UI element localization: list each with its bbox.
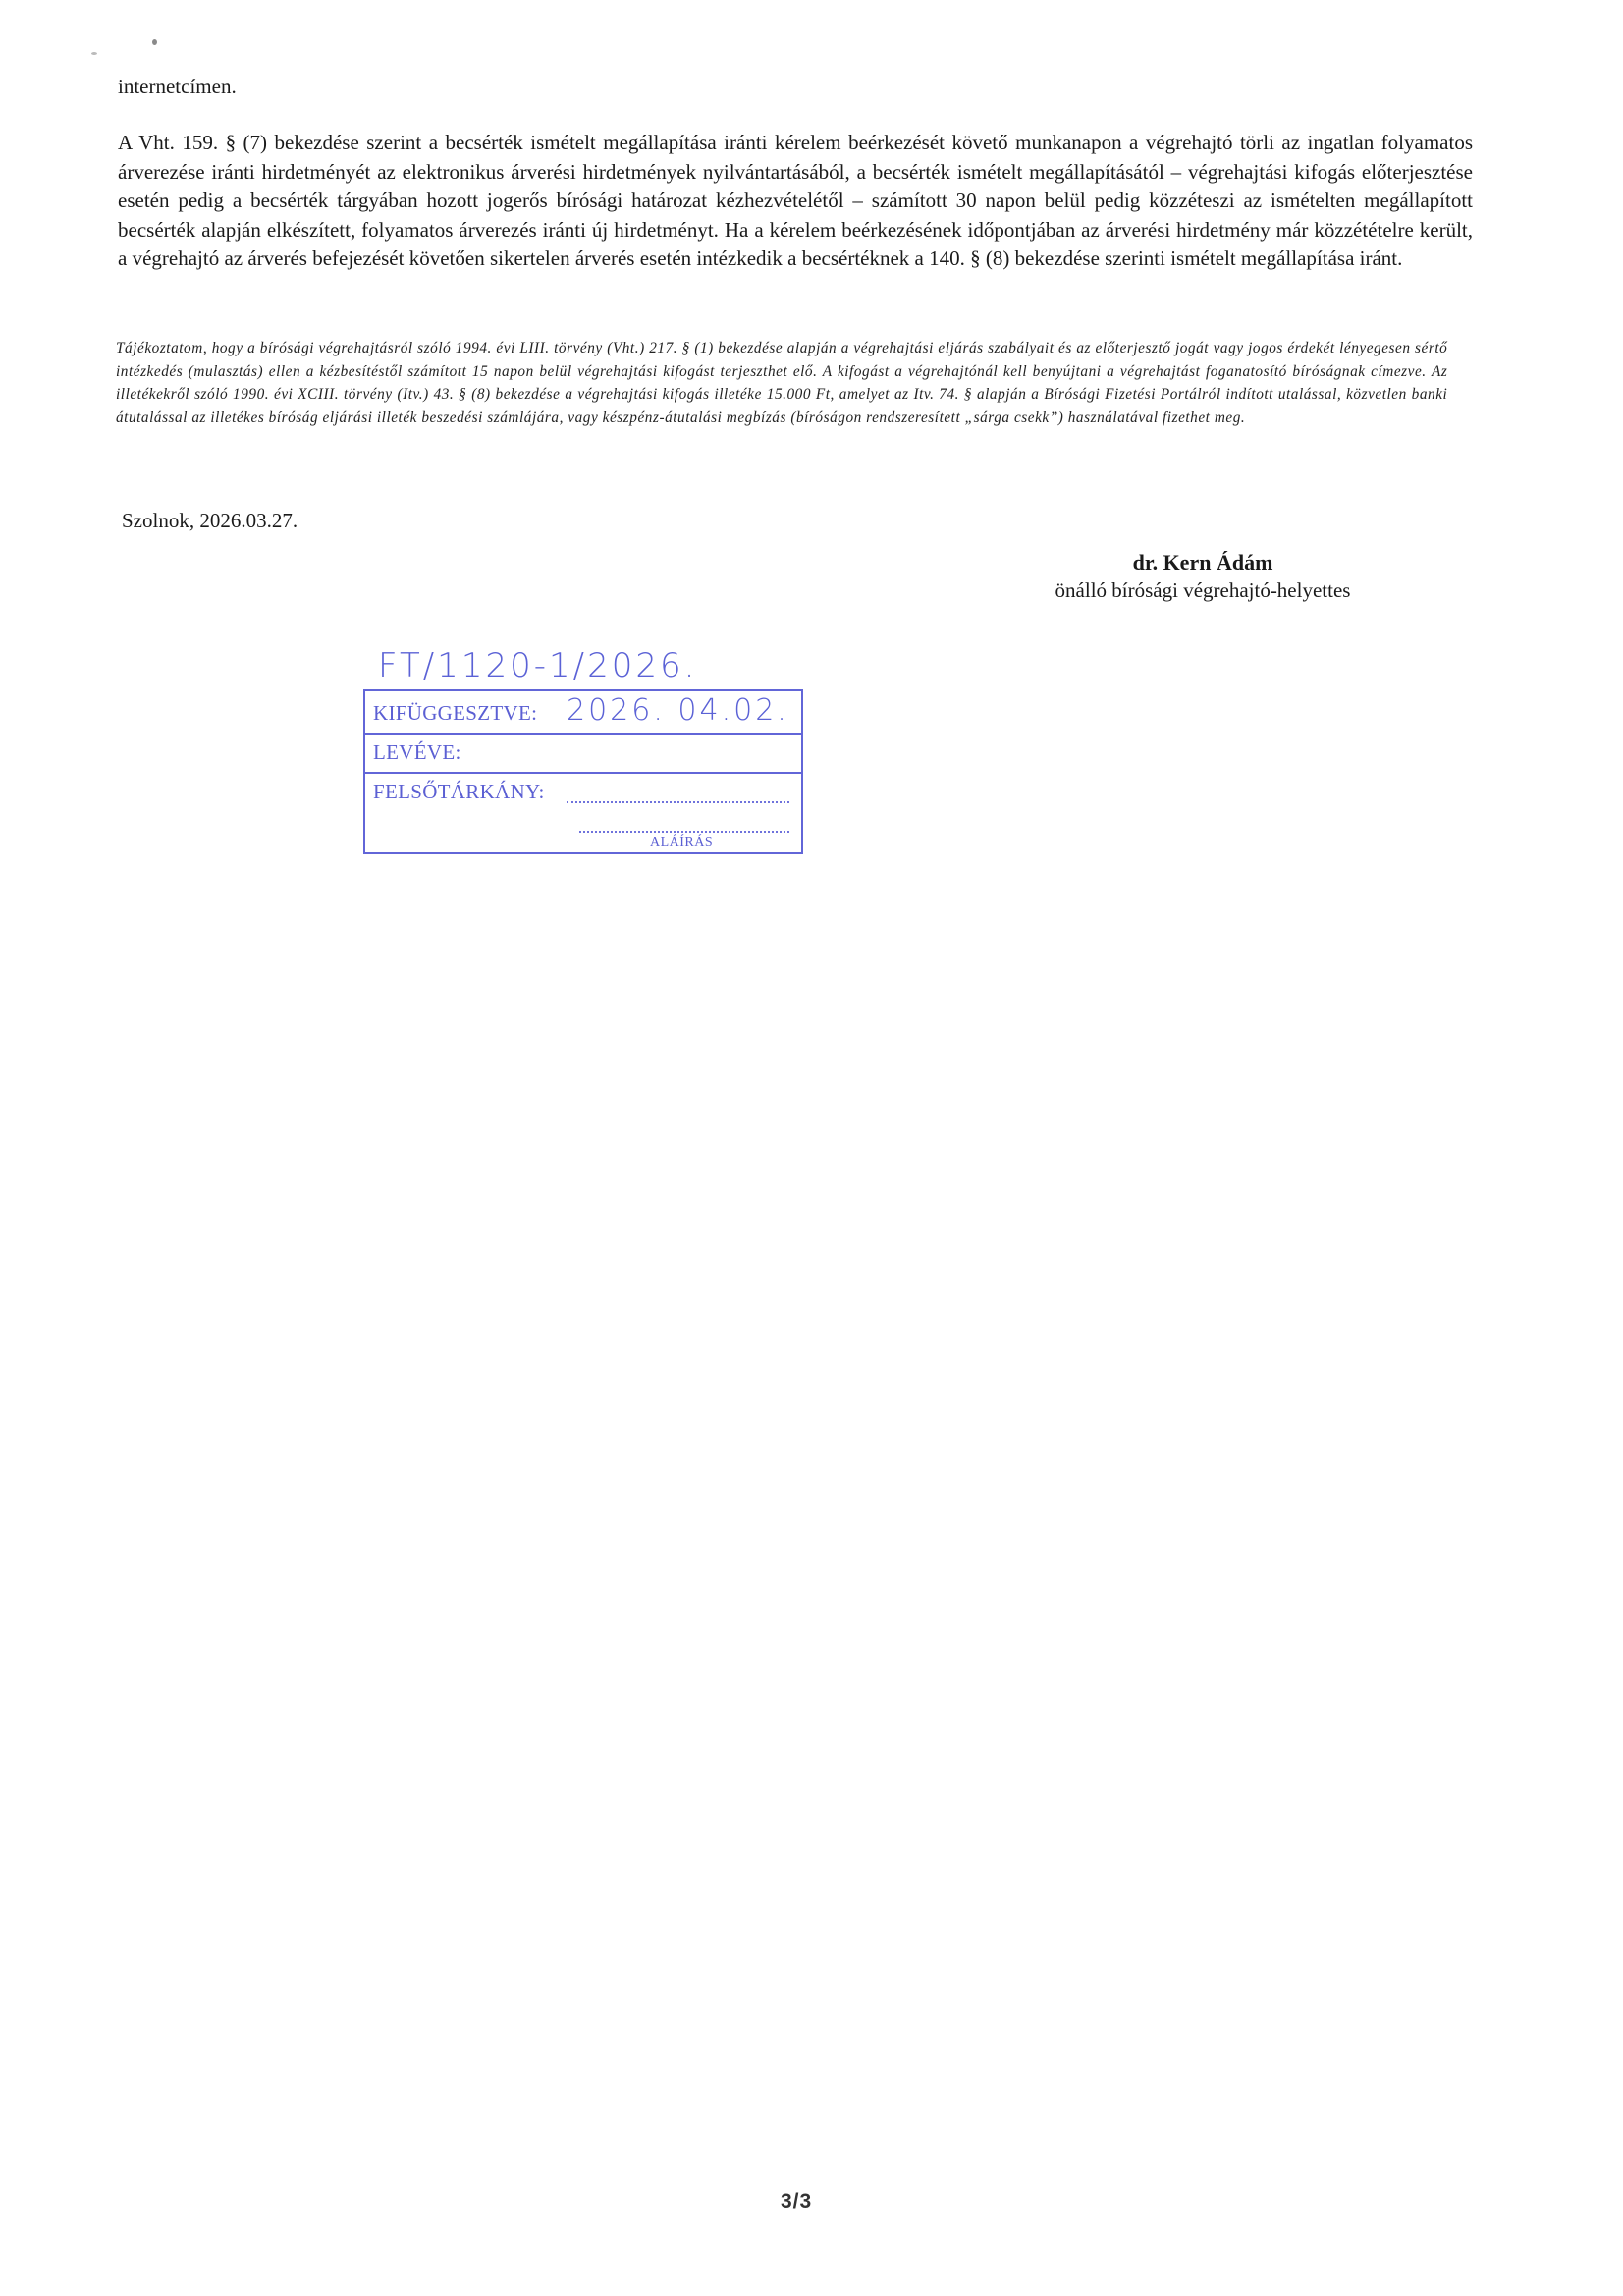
page-number: 3/3 [781,2190,812,2214]
location-label: FELSŐTÁRKÁNY: [373,780,545,804]
posted-label: KIFÜGGESZTVE: [373,701,537,726]
legal-notice: Tájékoztatom, hogy a bírósági végrehajtá… [116,337,1447,429]
stamp-row-posted: KIFÜGGESZTVE: 2026. 04.02. [365,691,801,735]
location-dotted-line [567,801,789,803]
stamp-row-location: FELSŐTÁRKÁNY: ALÁÍRÁS [365,774,801,852]
signature-dotted-line [579,831,789,833]
signature-block: dr. Kern Ádám önálló bírósági végrehajtó… [992,548,1414,605]
signatory-name: dr. Kern Ádám [992,548,1414,576]
removed-label: LEVÉVE: [373,740,461,765]
scan-speck [91,52,97,55]
signatory-title: önálló bírósági végrehajtó-helyettes [992,576,1414,605]
scan-speck [152,39,157,45]
signature-label: ALÁÍRÁS [650,835,713,850]
stamp-row-removed: LEVÉVE: [365,733,801,774]
posting-stamp: KIFÜGGESZTVE: 2026. 04.02. LEVÉVE: FELSŐ… [363,689,803,854]
place-date: Szolnok, 2026.03.27. [122,507,298,536]
main-paragraph: A Vht. 159. § (7) bekezdése szerint a be… [118,129,1473,274]
posted-date: 2026. 04.02. [567,693,789,728]
handwritten-reference: FT/1120-1/2026. [378,646,697,685]
continuation-text: internetcímen. [118,73,237,102]
